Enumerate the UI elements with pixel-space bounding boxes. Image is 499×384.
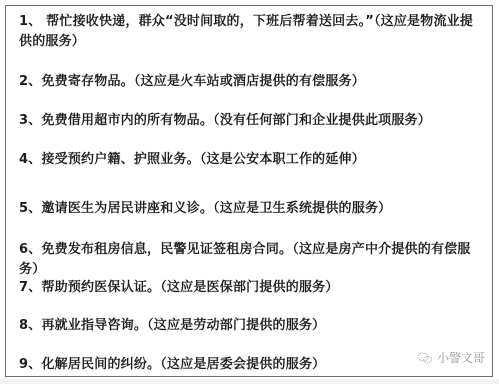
list-item-2: 2、免费寄存物品。（这应是火车站或酒店提供的有偿服务）: [19, 72, 482, 92]
watermark: 小警文哥: [417, 349, 485, 366]
list-item-7: 7、帮助预约医保认证。（这应是医保部门提供的服务）: [19, 278, 482, 298]
list-item-3: 3、免费借用超市内的所有物品。（没有任何部门和企业提供此项服务）: [19, 111, 482, 131]
list-item-6: 6、免费发布租房信息，民警见证签租房合同。（这应是房产中介提供的有偿服务）: [19, 240, 482, 280]
list-item-4: 4、接受预约户籍、护照业务。（这是公安本职工作的延伸）: [19, 150, 482, 170]
content-box: 1、 帮忙接收快递，群众“没时间取的，下班后帮着送回去。”（这应是物流业提供的服…: [5, 5, 493, 377]
wechat-icon: [417, 352, 433, 364]
list-item-9: 9、化解居民间的纠纷。（这应是居委会提供的服务）: [19, 355, 482, 375]
bottom-strip: [0, 379, 499, 384]
list-item-1: 1、 帮忙接收快递，群众“没时间取的，下班后帮着送回去。”（这应是物流业提供的服…: [19, 12, 482, 52]
list-item-5: 5、邀请医生为居民讲座和义诊。（这应是卫生系统提供的服务）: [19, 199, 482, 219]
watermark-text: 小警文哥: [437, 349, 485, 366]
list-item-8: 8、再就业指导咨询。（这应是劳动部门提供的服务）: [19, 316, 482, 336]
